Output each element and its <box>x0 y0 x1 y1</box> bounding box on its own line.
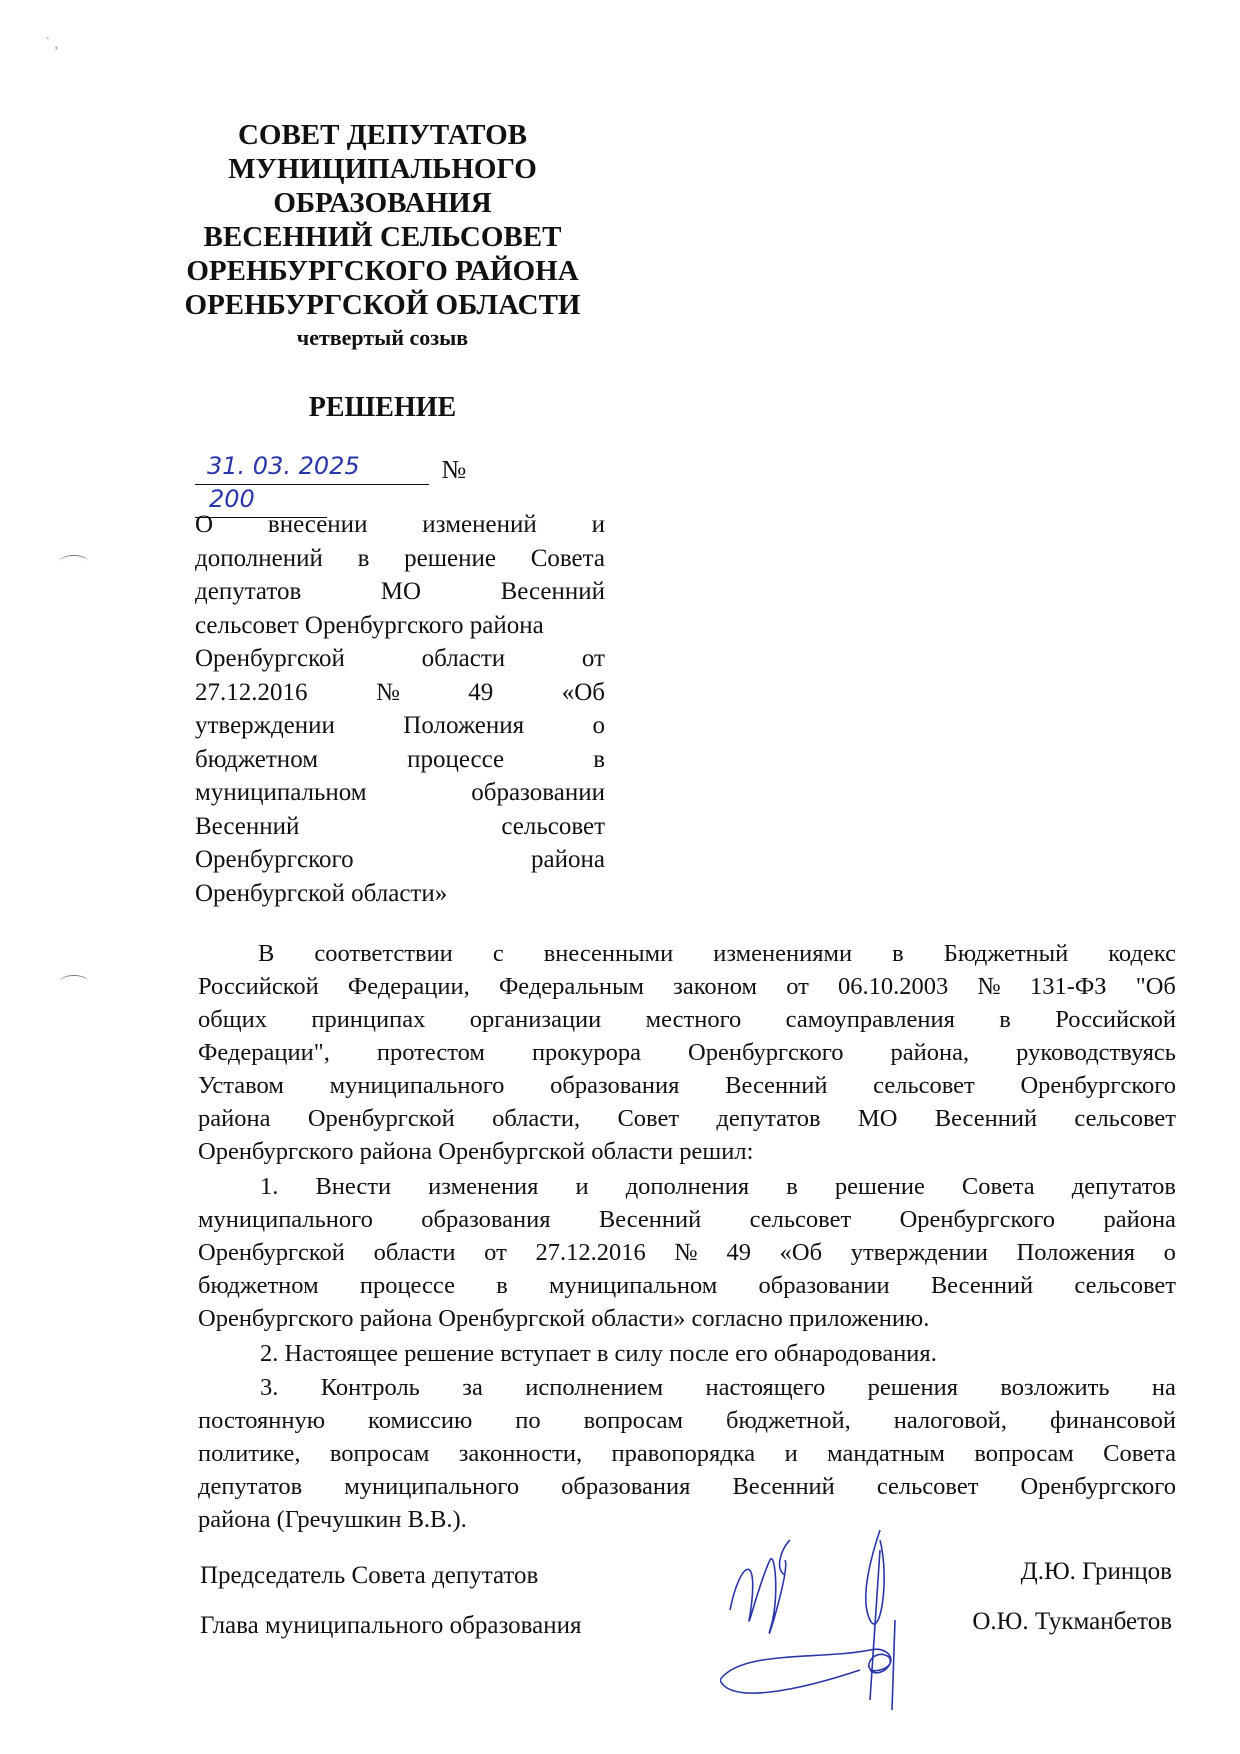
subject-word: Совета <box>531 542 605 576</box>
subject-word: о <box>593 709 606 743</box>
scan-mark: ˙ , <box>45 35 58 53</box>
handwritten-signature <box>720 1520 940 1725</box>
subject-word: района <box>531 843 605 877</box>
subject-word: Оренбургской <box>195 642 345 676</box>
resolution-item-2: 2. Настоящее решение вступает в силу пос… <box>198 1337 1176 1370</box>
subject-word: образовании <box>471 776 605 810</box>
subject-word: Весенний <box>195 810 299 844</box>
preamble: ВсоответствиисвнесеннымиизменениямивБюдж… <box>198 937 1176 1168</box>
subject-word: № <box>376 676 400 710</box>
subject-word: решение <box>404 542 496 576</box>
decision-date: 31. 03. 2025 <box>195 452 429 485</box>
signatory-position-head: Глава муниципального образования <box>200 1612 582 1640</box>
subject-word: Оренбургской области» <box>195 877 447 911</box>
document-title: РЕШЕНИЕ <box>160 392 605 424</box>
subject-word: утверждении <box>195 709 335 743</box>
subject-word: 27.12.2016 <box>195 676 308 710</box>
subject-word: 49 <box>468 676 493 710</box>
text-line: Оренбургского района Оренбургской област… <box>198 1302 1176 1335</box>
subject-word: сельсовет Оренбургского района <box>195 609 544 643</box>
text-line: УставоммуниципальногообразованияВесенний… <box>198 1069 1176 1102</box>
text-line: Оренбургского района Оренбургской област… <box>198 1135 1176 1168</box>
signatory-position-chair: Председатель Совета депутатов <box>200 1562 538 1590</box>
issuer-header: СОВЕТ ДЕПУТАТОВ МУНИЦИПАЛЬНОГО ОБРАЗОВАН… <box>160 118 605 354</box>
number-sign: № <box>442 455 467 484</box>
subject-word: Весенний <box>501 575 605 609</box>
header-line: ОРЕНБУРГСКОЙ ОБЛАСТИ <box>160 288 605 322</box>
subject-word: в <box>593 743 605 777</box>
resolution-item-1: 1.ВнестиизмененияидополненияврешениеСове… <box>198 1170 1176 1335</box>
text-line: Федерации",протестомпрокурораОренбургско… <box>198 1036 1176 1069</box>
text-line: бюджетномпроцессевмуниципальномобразован… <box>198 1269 1176 1302</box>
text-line: района (Гречушкин В.В.). <box>198 1503 1176 1536</box>
text-line: ВсоответствиисвнесеннымиизменениямивБюдж… <box>198 937 1176 970</box>
subject-word: изменений <box>422 508 536 542</box>
convocation: четвертый созыв <box>160 322 605 354</box>
resolution-item-3: 3.Контрользаисполнениемнастоящегорешения… <box>198 1371 1176 1536</box>
subject-word: внесении <box>268 508 368 542</box>
text-line: 3.Контрользаисполнениемнастоящегорешения… <box>198 1371 1176 1404</box>
subject-word: Оренбургского <box>195 843 354 877</box>
text-line: депутатовмуниципальногообразованияВесенн… <box>198 1470 1176 1503</box>
signatory-name-chair: Д.Ю. Гринцов <box>1021 1558 1172 1586</box>
header-line: ОРЕНБУРГСКОГО РАЙОНА <box>160 254 605 288</box>
text-line: муниципальногообразованияВесеннийсельсов… <box>198 1203 1176 1236</box>
subject-word: депутатов <box>195 575 301 609</box>
subject-word: Положения <box>403 709 524 743</box>
text-line: РоссийскойФедерации,Федеральнымзакономот… <box>198 970 1176 1003</box>
subject-word: О <box>195 508 213 542</box>
signatory-name-head: О.Ю. Тукманбетов <box>972 1608 1172 1636</box>
text-line: 1.ВнестиизмененияидополненияврешениеСове… <box>198 1170 1176 1203</box>
decision-subject: Овнесенииизмененийи дополненийврешениеСо… <box>195 508 605 910</box>
text-line: постояннуюкомиссиюповопросамбюджетной,на… <box>198 1404 1176 1437</box>
subject-word: «Об <box>562 676 605 710</box>
text-line: 2. Настоящее решение вступает в силу пос… <box>198 1337 1176 1370</box>
subject-word: муниципальном <box>195 776 367 810</box>
subject-word: процессе <box>407 743 504 777</box>
subject-word: области <box>422 642 506 676</box>
subject-word: в <box>358 542 370 576</box>
text-line: районаОренбургскойобласти,Советдепутатов… <box>198 1102 1176 1135</box>
text-line: политике,вопросамзаконности,правопорядка… <box>198 1437 1176 1470</box>
hole-punch-mark <box>60 975 88 988</box>
hole-punch-mark <box>60 555 88 568</box>
subject-word: сельсовет <box>501 810 605 844</box>
header-line: МУНИЦИПАЛЬНОГО <box>160 152 605 186</box>
header-line: ВЕСЕННИЙ СЕЛЬСОВЕТ <box>160 220 605 254</box>
header-line: СОВЕТ ДЕПУТАТОВ <box>160 118 605 152</box>
text-line: Оренбургскойобластиот27.12.2016№49«Обутв… <box>198 1236 1176 1269</box>
subject-word: бюджетном <box>195 743 318 777</box>
text-line: общихпринципахорганизацииместногосамоупр… <box>198 1003 1176 1036</box>
subject-word: и <box>592 508 605 542</box>
subject-word: дополнений <box>195 542 323 576</box>
header-line: ОБРАЗОВАНИЯ <box>160 186 605 220</box>
subject-word: от <box>582 642 605 676</box>
decision-date-number: 31. 03. 2025 № 200 <box>195 452 605 492</box>
subject-word: МО <box>381 575 421 609</box>
